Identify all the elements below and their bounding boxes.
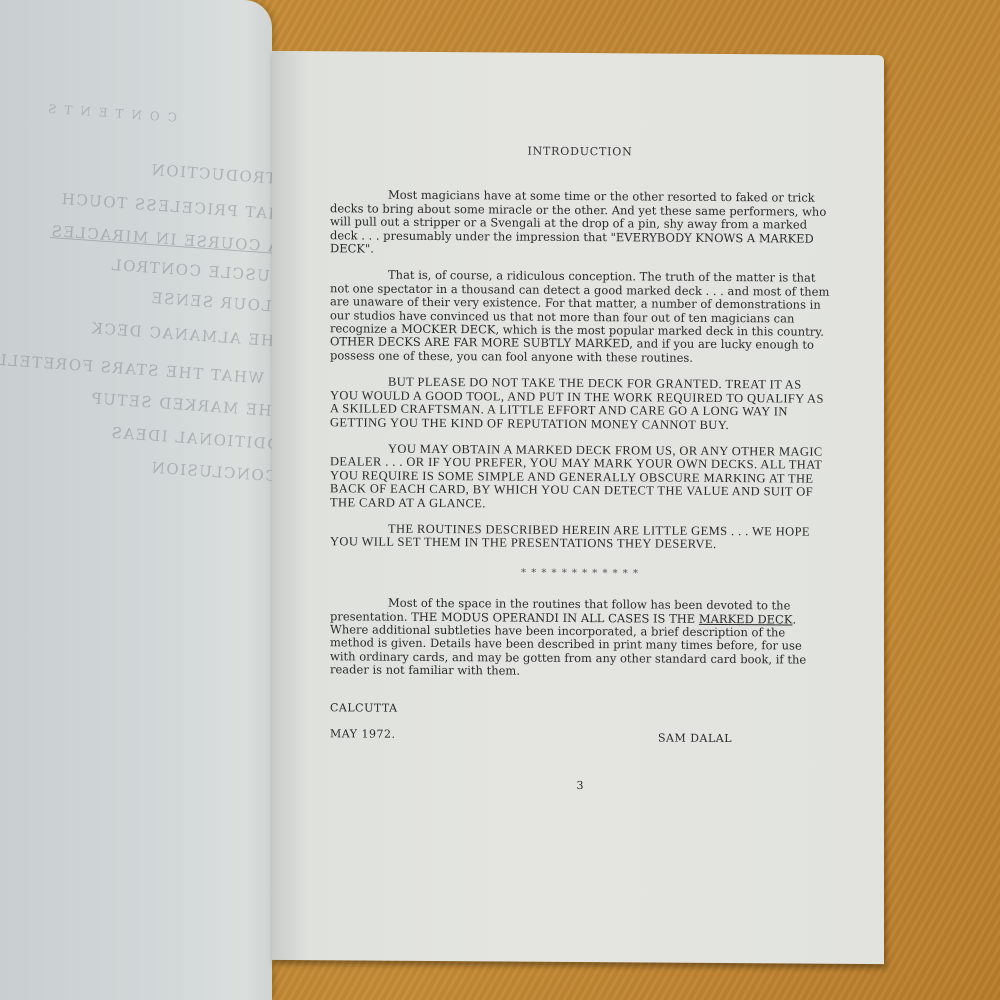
left-page-title: CONTENTS — [40, 101, 178, 125]
paragraph-1: Most magicians have at some time or the … — [330, 189, 830, 260]
page-content: INTRODUCTION Most magicians have at some… — [330, 143, 830, 793]
paragraph-4: YOU MAY OBTAIN A MARKED DECK FROM US, OR… — [330, 442, 830, 513]
left-page-item: WHAT THE STARS FORETELL — [0, 351, 264, 388]
left-page-item: A COURSE IN MIRACLES — [50, 222, 272, 256]
paragraph-3: BUT PLEASE DO NOT TAKE THE DECK FOR GRAN… — [330, 376, 830, 433]
left-page-item: MUSCLE CONTROL — [110, 256, 272, 286]
left-page-item: THE MARKED SETUP — [90, 389, 272, 420]
section-separator: * * * * * * * * * * * * — [330, 565, 830, 582]
left-page-item: THE ALMANAC DECK — [90, 319, 272, 351]
left-page-item: THAT PRICELESS TOUCH — [60, 190, 272, 224]
paragraph-5: THE ROUTINES DESCRIBED HEREIN ARE LITTLE… — [330, 522, 830, 552]
place: CALCUTTA — [330, 701, 398, 715]
date: MAY 1972. — [330, 727, 396, 741]
paragraph-closing: Most of the space in the routines that f… — [330, 596, 830, 680]
left-page-item: ADDITIONAL IDEAS — [110, 424, 272, 455]
signature-block: CALCUTTA MAY 1972. SAM DALAL — [330, 701, 830, 748]
page-number: 3 — [330, 777, 830, 794]
page-heading: INTRODUCTION — [330, 143, 830, 160]
left-page-item: COLOUR SENSE — [150, 289, 272, 317]
left-page-item: IN CONCLUSION — [150, 459, 272, 488]
right-page: INTRODUCTION Most magicians have at some… — [272, 51, 884, 964]
closing-text-underlined: MARKED DECK — [699, 611, 793, 626]
left-page-item: INTRODUCTION — [150, 161, 272, 189]
author: SAM DALAL — [658, 731, 732, 745]
left-page: CONTENTS INTRODUCTION THAT PRICELESS TOU… — [0, 0, 272, 1000]
paragraph-2: That is, of course, a ridiculous concept… — [330, 269, 830, 366]
